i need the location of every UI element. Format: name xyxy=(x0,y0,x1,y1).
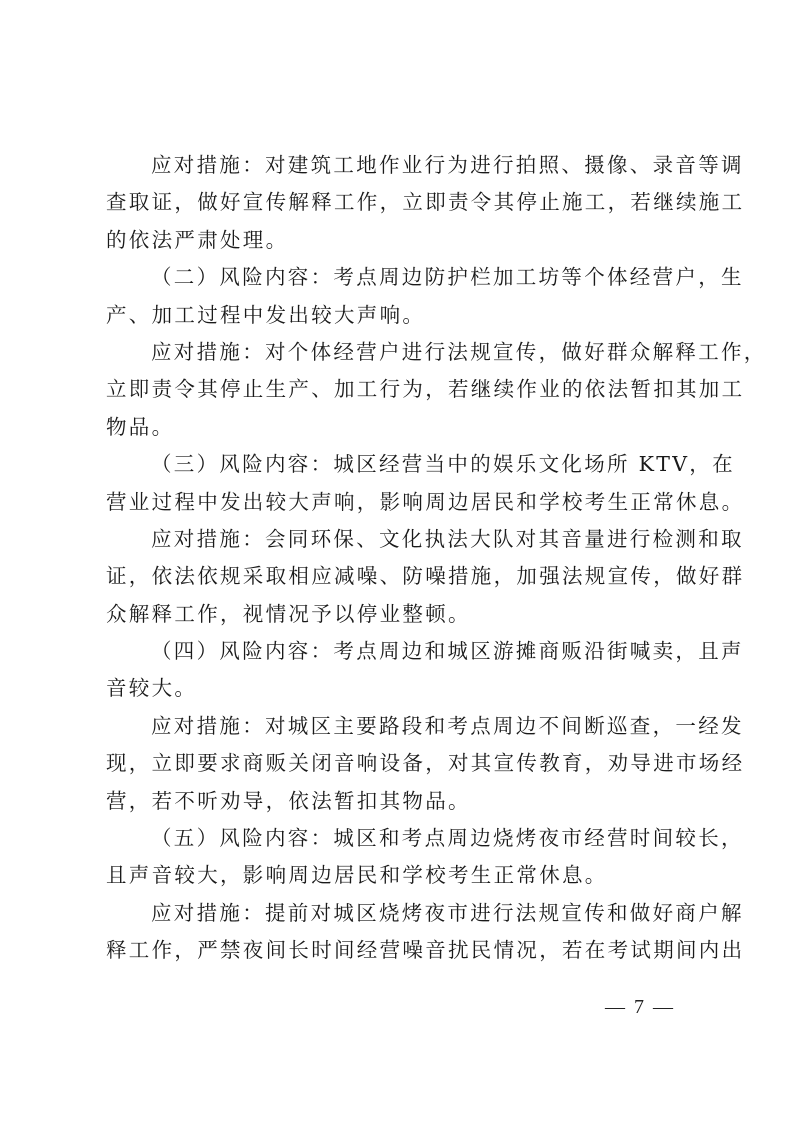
text-line: 且声音较大，影响周边居民和学校考生正常休息。 xyxy=(106,857,696,894)
text-line: 立即责令其停止生产、加工行为，若继续作业的依法暂扣其加工 xyxy=(106,371,696,408)
document-body: 应对措施：对建筑工地作业行为进行拍照、摄像、录音等调 查取证，做好宣传解释工作，… xyxy=(106,147,696,970)
text-line: 现，立即要求商贩关闭音响设备，对其宣传教育，劝导进市场经 xyxy=(106,745,696,782)
document-page: 应对措施：对建筑工地作业行为进行拍照、摄像、录音等调 查取证，做好宣传解释工作，… xyxy=(0,0,793,1122)
text-line: 应对措施：对建筑工地作业行为进行拍照、摄像、录音等调 xyxy=(106,147,696,184)
text-line: 应对措施：对城区主要路段和考点周边不间断巡查，一经发 xyxy=(106,708,696,745)
text-line: 证，依法依规采取相应减噪、防噪措施，加强法规宣传，做好群 xyxy=(106,558,696,595)
text-line: 释工作，严禁夜间长时间经营噪音扰民情况，若在考试期间内出 xyxy=(106,932,696,969)
text-line: 众解释工作，视情况予以停业整顿。 xyxy=(106,596,696,633)
paragraph-risk-2: （二）风险内容：考点周边防护栏加工坊等个体经营户，生 产、加工过程中发出较大声响… xyxy=(106,259,696,334)
page-number: — 7 — xyxy=(600,996,680,1019)
text-line: 产、加工过程中发出较大声响。 xyxy=(106,297,696,334)
paragraph-measure-4: 应对措施：对城区主要路段和考点周边不间断巡查，一经发 现，立即要求商贩关闭音响设… xyxy=(106,708,696,820)
paragraph-risk-3: （三）风险内容：城区经营当中的娱乐文化场所 KTV，在 营业过程中发出较大声响，… xyxy=(106,446,696,521)
text-line: （五）风险内容：城区和考点周边烧烤夜市经营时间较长， xyxy=(106,820,696,857)
text-line: 营业过程中发出较大声响，影响周边居民和学校考生正常休息。 xyxy=(106,484,696,521)
text-line: 应对措施：会同环保、文化执法大队对其音量进行检测和取 xyxy=(106,521,696,558)
text-line: 应对措施：提前对城区烧烤夜市进行法规宣传和做好商户解 xyxy=(106,895,696,932)
text-line: 营，若不听劝导，依法暂扣其物品。 xyxy=(106,783,696,820)
paragraph-measure-3: 应对措施：会同环保、文化执法大队对其音量进行检测和取 证，依法依规采取相应减噪、… xyxy=(106,521,696,633)
paragraph-risk-4: （四）风险内容：考点周边和城区游摊商贩沿街喊卖，且声 音较大。 xyxy=(106,633,696,708)
text-line: 物品。 xyxy=(106,409,696,446)
text-line: 查取证，做好宣传解释工作，立即责令其停止施工，若继续施工 xyxy=(106,184,696,221)
text-line: 的依法严肃处理。 xyxy=(106,222,696,259)
text-line: （三）风险内容：城区经营当中的娱乐文化场所 KTV，在 xyxy=(106,446,696,483)
text-line: 音较大。 xyxy=(106,670,696,707)
paragraph-measure-2: 应对措施：对个体经营户进行法规宣传，做好群众解释工作， 立即责令其停止生产、加工… xyxy=(106,334,696,446)
paragraph-risk-5: （五）风险内容：城区和考点周边烧烤夜市经营时间较长， 且声音较大，影响周边居民和… xyxy=(106,820,696,895)
paragraph-measure-construction: 应对措施：对建筑工地作业行为进行拍照、摄像、录音等调 查取证，做好宣传解释工作，… xyxy=(106,147,696,259)
text-line: （四）风险内容：考点周边和城区游摊商贩沿街喊卖，且声 xyxy=(106,633,696,670)
text-line: 应对措施：对个体经营户进行法规宣传，做好群众解释工作， xyxy=(106,334,696,371)
paragraph-measure-5: 应对措施：提前对城区烧烤夜市进行法规宣传和做好商户解 释工作，严禁夜间长时间经营… xyxy=(106,895,696,970)
text-line: （二）风险内容：考点周边防护栏加工坊等个体经营户，生 xyxy=(106,259,696,296)
